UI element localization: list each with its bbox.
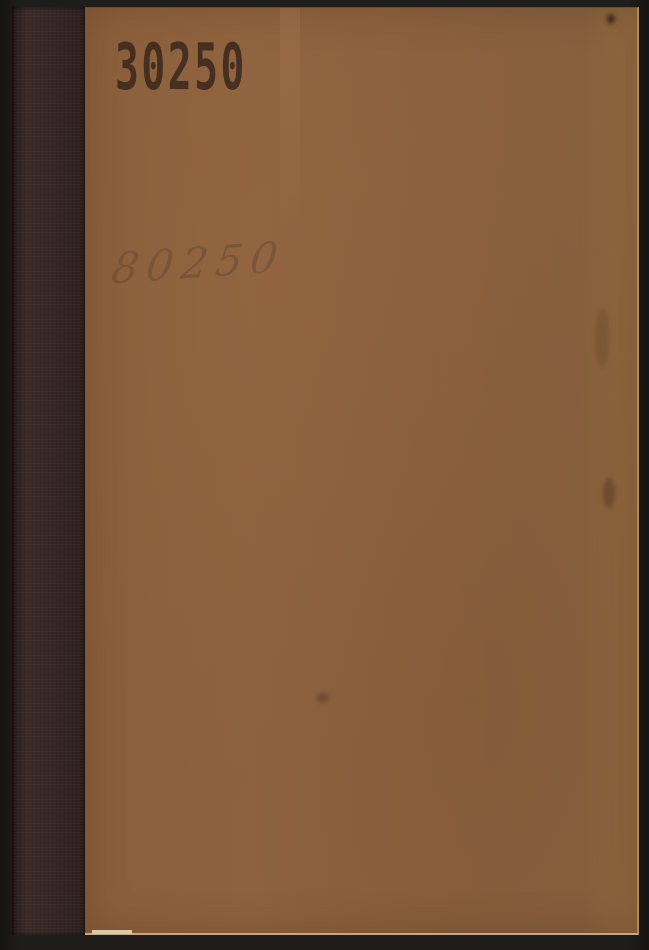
stain-right-mid [595, 308, 609, 368]
book: 30250 80250 [12, 7, 638, 935]
corner-wear [92, 930, 132, 934]
cloth-spine [12, 7, 86, 935]
scan-background: 30250 80250 [0, 0, 649, 950]
stain-top-right [607, 14, 615, 24]
stain-right-edge [603, 478, 615, 508]
stain-center [317, 693, 329, 703]
cover-board: 30250 80250 [85, 7, 639, 935]
handwritten-inventory-number: 80250 [109, 236, 288, 291]
stamped-inventory-number: 30250 [115, 36, 247, 100]
sun-fade-strip [280, 8, 300, 228]
